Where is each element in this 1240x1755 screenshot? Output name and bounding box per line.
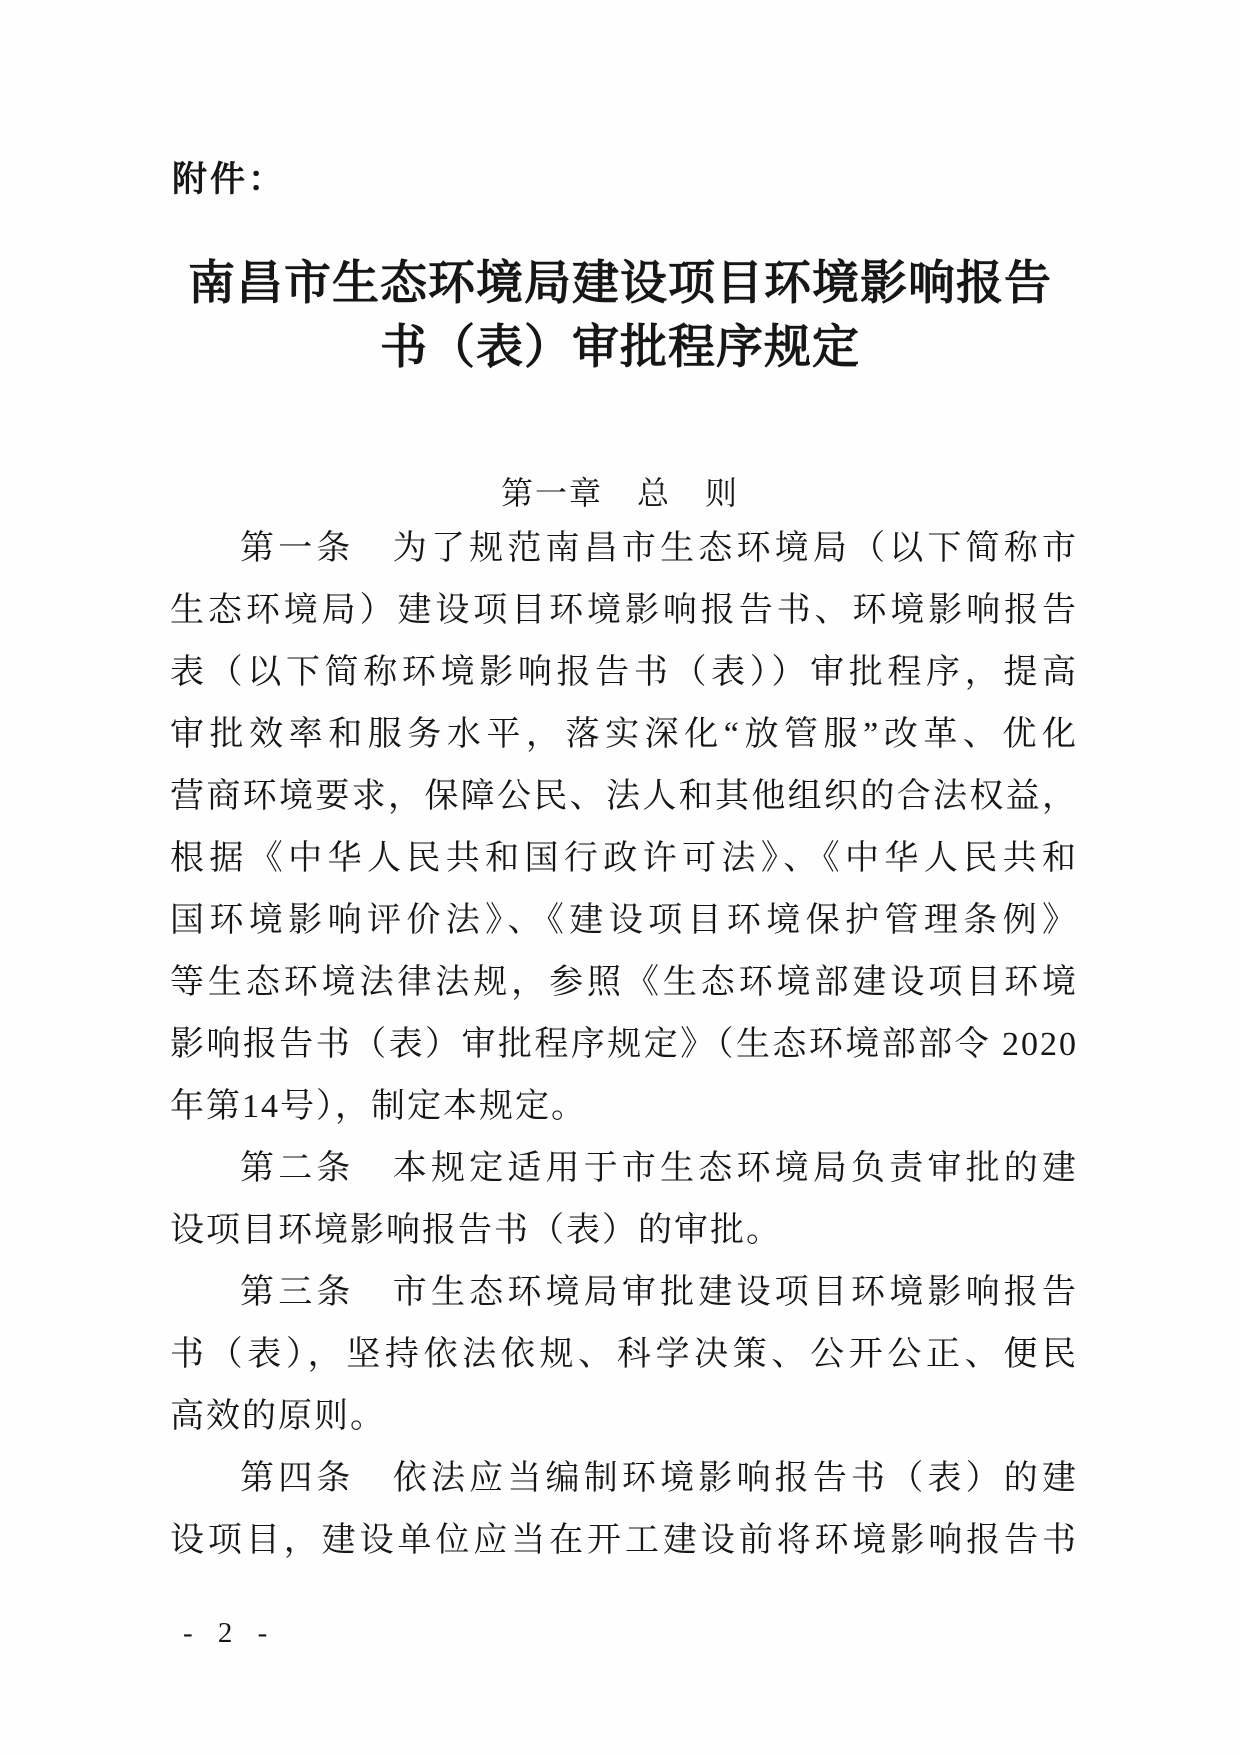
text-line: 设项目，建设单位应当在开工建设前将环境影响报告书 xyxy=(170,1510,1078,1572)
text-line: 营商环境要求，保障公民、法人和其他组织的合法权益， xyxy=(170,766,1078,828)
page-number: - 2 - xyxy=(183,1617,276,1650)
text-line: 第一条 为了规范南昌市生态环境局（以下简称市 xyxy=(170,518,1078,580)
text-line: 根据《中华人民共和国行政许可法》、《中华人民共和 xyxy=(170,828,1078,890)
document-title-line-2: 书（表）审批程序规定 xyxy=(0,316,1240,380)
text-line: 第二条 本规定适用于市生态环境局负责审批的建 xyxy=(170,1138,1078,1200)
text-line: 国环境影响评价法》、《建设项目环境保护管理条例》 xyxy=(170,890,1078,952)
document-title: 南昌市生态环境局建设项目环境影响报告 书（表）审批程序规定 xyxy=(0,252,1240,380)
text-line: 设项目环境影响报告书（表）的审批。 xyxy=(170,1200,1078,1262)
document-title-line-1: 南昌市生态环境局建设项目环境影响报告 xyxy=(0,252,1240,316)
text-line: 影响报告书（表）审批程序规定》（生态环境部部令 2020 xyxy=(170,1014,1078,1076)
chapter-heading: 第一章 总 则 xyxy=(0,468,1240,514)
text-line: 第四条 依法应当编制环境影响报告书（表）的建 xyxy=(170,1448,1078,1510)
text-line: 书（表），坚持依法依规、科学决策、公开公正、便民 xyxy=(170,1324,1078,1386)
attachment-label: 附件： xyxy=(172,152,286,202)
text-line: 审批效率和服务水平，落实深化“放管服”改革、优化 xyxy=(170,704,1078,766)
text-line: 等生态环境法律法规，参照《生态环境部建设项目环境 xyxy=(170,952,1078,1014)
document-body-text: 第一条 为了规范南昌市生态环境局（以下简称市生态环境局）建设项目环境影响报告书、… xyxy=(170,518,1078,1572)
document-page: 附件： 南昌市生态环境局建设项目环境影响报告 书（表）审批程序规定 第一章 总 … xyxy=(0,0,1240,1755)
text-line: 年第14号），制定本规定。 xyxy=(170,1076,1078,1138)
text-line: 生态环境局）建设项目环境影响报告书、环境影响报告 xyxy=(170,580,1078,642)
text-line: 表（以下简称环境影响报告书（表））审批程序，提高 xyxy=(170,642,1078,704)
text-line: 高效的原则。 xyxy=(170,1386,1078,1448)
text-line: 第三条 市生态环境局审批建设项目环境影响报告 xyxy=(170,1262,1078,1324)
